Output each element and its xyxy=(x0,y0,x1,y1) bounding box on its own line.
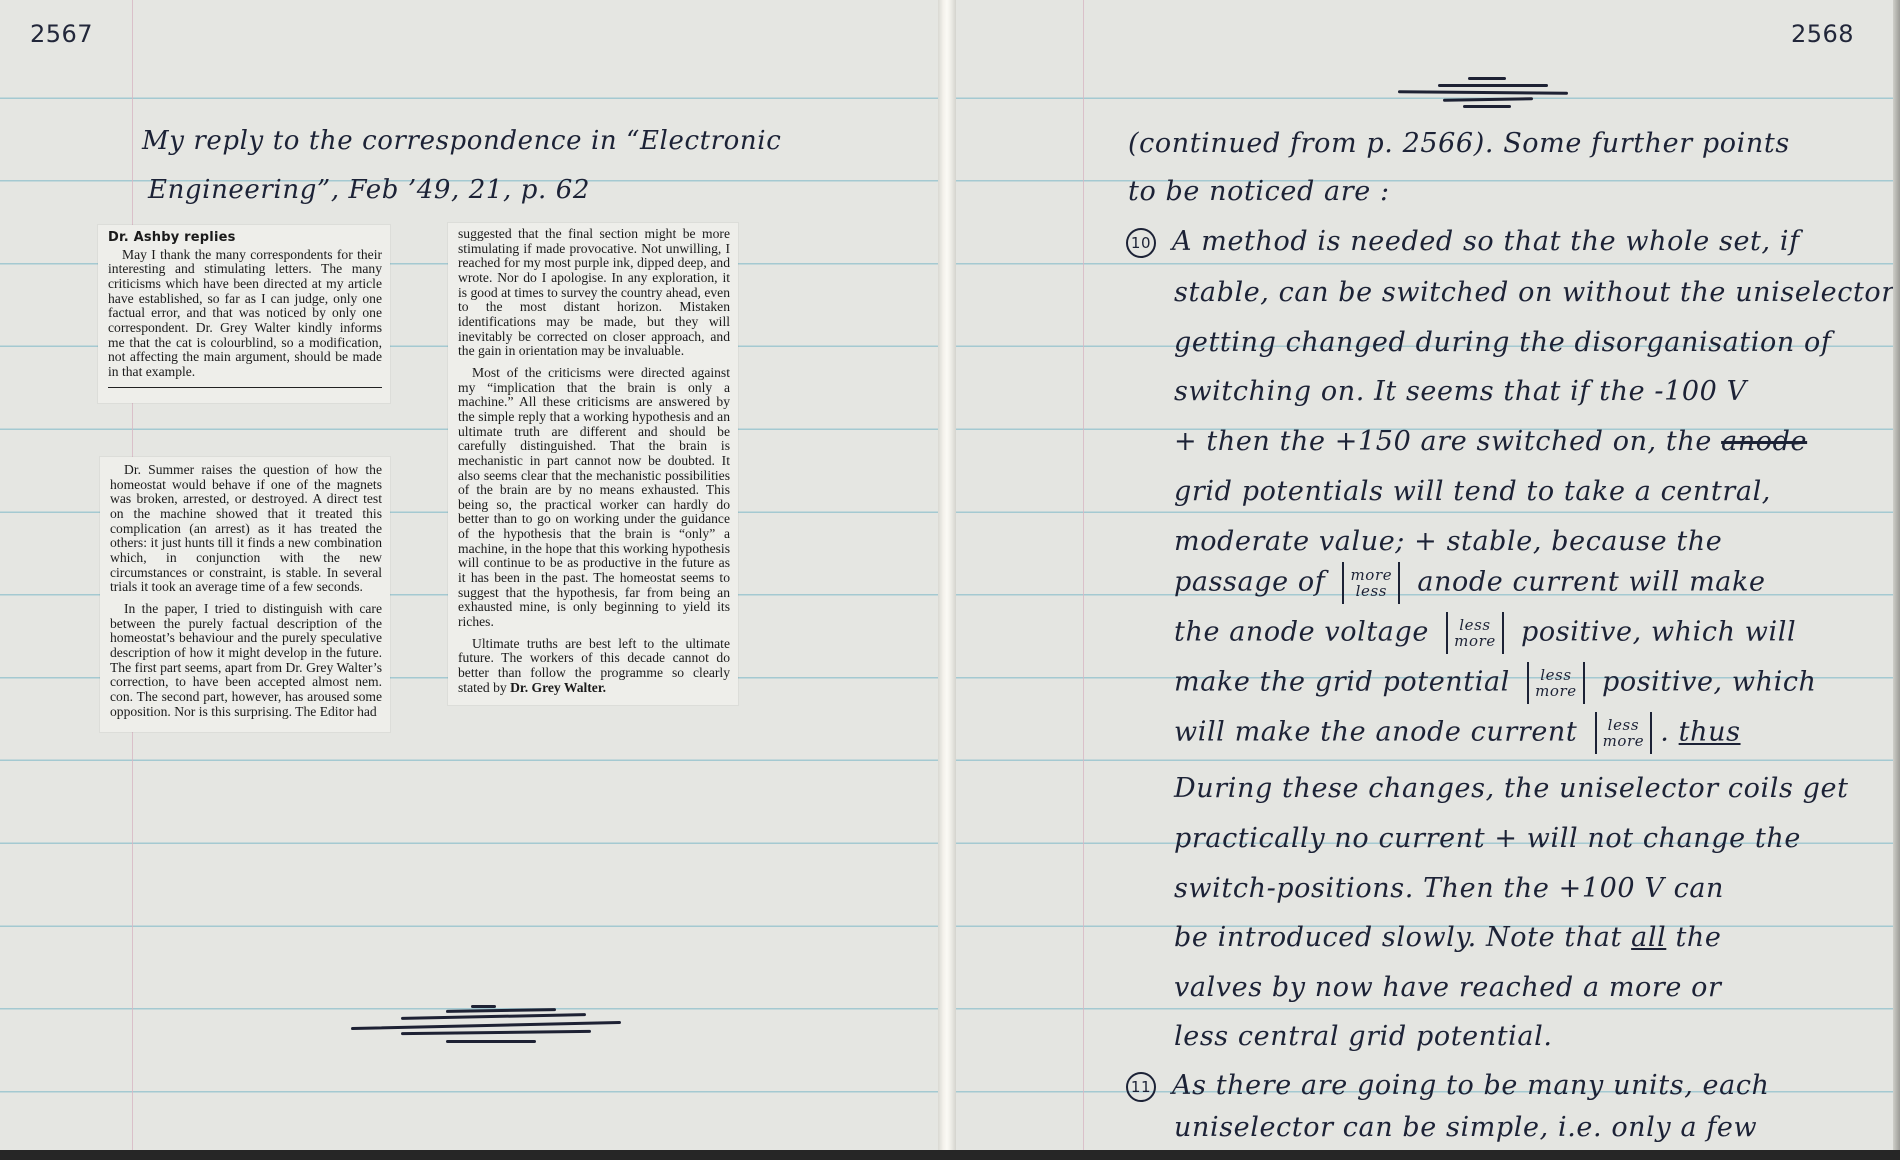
note-text: will make the xyxy=(1174,717,1366,748)
note-line: be introduced slowly. Note that all the xyxy=(1174,922,1722,953)
clipping-headline: Dr. Ashby replies xyxy=(108,231,382,246)
clipping-divider xyxy=(108,387,382,388)
note-item-10: 10A method is needed so that the whole s… xyxy=(1126,226,1800,258)
page-number: 2567 xyxy=(30,20,93,48)
note-item-11: 11As there are going to be many units, e… xyxy=(1126,1070,1770,1102)
struck-word: anode xyxy=(1721,426,1807,457)
clipping-signature: Dr. Grey Walter. xyxy=(510,680,606,695)
note-text: anode current xyxy=(1375,717,1577,748)
note-line: the anode voltage lessmore positive, whi… xyxy=(1174,612,1796,654)
clipping-paragraph: Dr. Summer raises the question of how th… xyxy=(110,463,382,595)
note-text: + then the +150 are switched on, the xyxy=(1174,426,1712,457)
note-text: anode current will make xyxy=(1417,567,1765,598)
item-number-badge: 11 xyxy=(1126,1072,1156,1102)
item-number-badge: 10 xyxy=(1126,228,1156,258)
clipping-column-1-top: Dr. Ashby replies May I thank the many c… xyxy=(98,225,390,403)
note-line: + then the +150 are switched on, the ano… xyxy=(1174,426,1807,457)
bracket-choice: lessmore xyxy=(1446,612,1504,654)
note-line: getting changed during the disorganisati… xyxy=(1174,327,1832,358)
struck-word: thus xyxy=(1679,717,1741,748)
heading-line-2: Engineering”, Feb ’49, 21, p. 62 xyxy=(148,175,590,205)
note-line: valves by now have reached a more or xyxy=(1174,972,1722,1003)
note-text: the anode voltage xyxy=(1174,617,1429,648)
header-flourish xyxy=(1398,74,1598,114)
note-text: make the grid potential xyxy=(1174,667,1510,698)
clipping-paragraph: Most of the criticisms were directed aga… xyxy=(458,366,730,630)
page-edge xyxy=(1893,0,1900,1152)
clipping-column-2: suggested that the final section might b… xyxy=(448,223,738,705)
note-text: As there are going to be many units, eac… xyxy=(1172,1070,1770,1101)
note-line: switching on. It seems that if the -100 … xyxy=(1174,376,1747,407)
note-line: During these changes, the uniselector co… xyxy=(1174,773,1849,804)
note-text: be introduced slowly. Note that xyxy=(1174,922,1622,953)
bracket-choice: moreless xyxy=(1342,562,1400,604)
bracket-choice: lessmore xyxy=(1595,712,1653,754)
note-line: less central grid potential. xyxy=(1174,1021,1553,1052)
clipping-paragraph: suggested that the final section might b… xyxy=(458,227,730,359)
underlined-word: all xyxy=(1631,922,1666,953)
note-text: passage of xyxy=(1174,567,1325,598)
note-line: grid potentials will tend to take a cent… xyxy=(1174,476,1771,507)
book-gutter xyxy=(938,0,956,1152)
note-line: switch-positions. Then the +100 V can xyxy=(1174,873,1724,904)
note-line: stable, can be switched on without the u… xyxy=(1174,277,1900,308)
clipping-paragraph: In the paper, I tried to distinguish wit… xyxy=(110,602,382,719)
left-page: 2567 My reply to the correspondence in “… xyxy=(0,0,948,1152)
margin-line xyxy=(1083,0,1084,1152)
note-text: positive, which xyxy=(1602,667,1817,698)
notebook-spread: 2567 My reply to the correspondence in “… xyxy=(0,0,1900,1152)
clipping-column-1-bottom: Dr. Summer raises the question of how th… xyxy=(100,457,390,732)
note-text: the xyxy=(1675,922,1721,953)
bracket-choice: lessmore xyxy=(1527,662,1585,704)
note-line: moderate value; + stable, because the xyxy=(1174,526,1722,557)
note-text: positive, which will xyxy=(1521,617,1796,648)
right-page: 2568 (continued from p. 2566). Some furt… xyxy=(948,0,1900,1152)
scan-bottom-edge xyxy=(0,1150,1900,1160)
note-line: to be noticed are : xyxy=(1128,176,1390,207)
note-line: will make the anode current lessmore. th… xyxy=(1174,712,1741,754)
note-text: A method is needed so that the whole set… xyxy=(1172,226,1800,257)
page-number: 2568 xyxy=(1791,20,1854,48)
clipping-paragraph: Ultimate truths are best left to the ult… xyxy=(458,637,730,696)
heading-line-1: My reply to the correspondence in “Elect… xyxy=(142,126,781,156)
note-line: make the grid potential lessmore positiv… xyxy=(1174,662,1817,704)
note-line: practically no current + will not change… xyxy=(1174,823,1801,854)
note-line: (continued from p. 2566). Some further p… xyxy=(1128,128,1790,159)
clipping-paragraph: May I thank the many correspondents for … xyxy=(108,248,382,380)
end-flourish xyxy=(346,1000,636,1050)
note-line: uniselector can be simple, i.e. only a f… xyxy=(1174,1112,1757,1143)
note-line: passage of moreless anode current will m… xyxy=(1174,562,1766,604)
